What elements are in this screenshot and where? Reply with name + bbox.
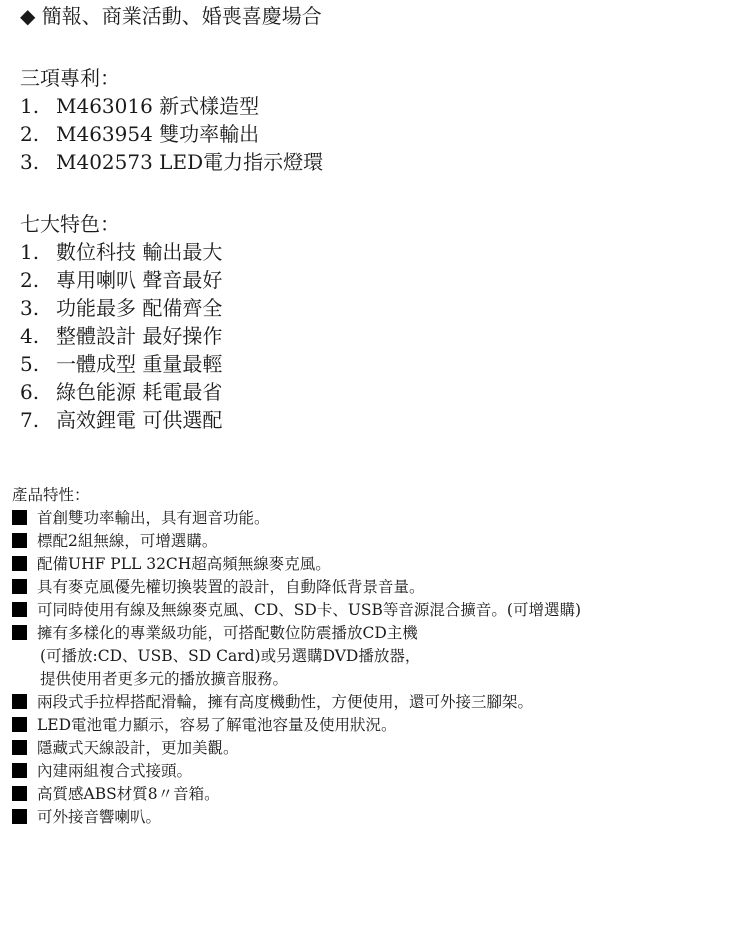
header-text: 簡報、商業活動、婚喪喜慶場合 bbox=[42, 4, 322, 28]
product-item: LED電池電力顯示，容易了解電池容量及使用狀況。 bbox=[12, 714, 397, 737]
square-bullet-icon bbox=[12, 717, 27, 732]
square-bullet-icon bbox=[12, 556, 27, 571]
product-item: 兩段式手拉桿搭配滑輪，擁有高度機動性，方便使用，還可外接三腳架。 bbox=[12, 691, 533, 714]
feature-item: 5.一體成型 重量最輕 bbox=[20, 350, 222, 378]
patent-item: 2.M463954 雙功率輸出 bbox=[20, 120, 259, 148]
product-item: 具有麥克風優先權切換裝置的設計，自動降低背景音量。 bbox=[12, 576, 425, 599]
feature-item: 3.功能最多 配備齊全 bbox=[20, 294, 222, 322]
feature-item: 4.整體設計 最好操作 bbox=[20, 322, 222, 350]
product-item: 擁有多樣化的專業級功能，可搭配數位防震播放CD主機 bbox=[12, 622, 418, 645]
product-item-continuation: 提供使用者更多元的播放擴音服務。 bbox=[12, 668, 288, 691]
product-item-continuation: (可播放:CD、USB、SD Card)或另選購DVD播放器， bbox=[12, 645, 420, 668]
patent-item: 1.M463016 新式樣造型 bbox=[20, 92, 259, 120]
product-item: 首創雙功率輸出，具有迴音功能。 bbox=[12, 507, 270, 530]
feature-item: 6.綠色能源 耗電最省 bbox=[20, 378, 222, 406]
square-bullet-icon bbox=[12, 763, 27, 778]
feature-item: 2.專用喇叭 聲音最好 bbox=[20, 266, 222, 294]
diamond-bullet-icon: ◆ bbox=[20, 4, 35, 28]
header-line: ◆ 簡報、商業活動、婚喪喜慶場合 bbox=[20, 2, 322, 30]
product-item: 可同時使用有線及無線麥克風、CD、SD卡、USB等音源混合擴音。(可增選購) bbox=[12, 599, 581, 622]
product-item: 可外接音響喇叭。 bbox=[12, 806, 161, 829]
patents-title: 三項專利： bbox=[20, 64, 120, 92]
product-title: 產品特性： bbox=[12, 484, 90, 507]
product-item: 配備UHF PLL 32CH超高頻無線麥克風。 bbox=[12, 553, 331, 576]
feature-item: 7.高效鋰電 可供選配 bbox=[20, 406, 222, 434]
feature-item: 1.數位科技 輸出最大 bbox=[20, 238, 222, 266]
square-bullet-icon bbox=[12, 694, 27, 709]
square-bullet-icon bbox=[12, 625, 27, 640]
product-item: 隱藏式天線設計，更加美觀。 bbox=[12, 737, 239, 760]
square-bullet-icon bbox=[12, 579, 27, 594]
square-bullet-icon bbox=[12, 740, 27, 755]
square-bullet-icon bbox=[12, 786, 27, 801]
product-item: 內建兩組複合式接頭。 bbox=[12, 760, 192, 783]
square-bullet-icon bbox=[12, 602, 27, 617]
patent-item: 3.M402573 LED電力指示燈環 bbox=[20, 148, 323, 176]
product-item: 標配2組無線，可增選購。 bbox=[12, 530, 217, 553]
square-bullet-icon bbox=[12, 809, 27, 824]
product-item: 高質感ABS材質8〃音箱。 bbox=[12, 783, 220, 806]
features-title: 七大特色： bbox=[20, 210, 120, 238]
square-bullet-icon bbox=[12, 510, 27, 525]
square-bullet-icon bbox=[12, 533, 27, 548]
